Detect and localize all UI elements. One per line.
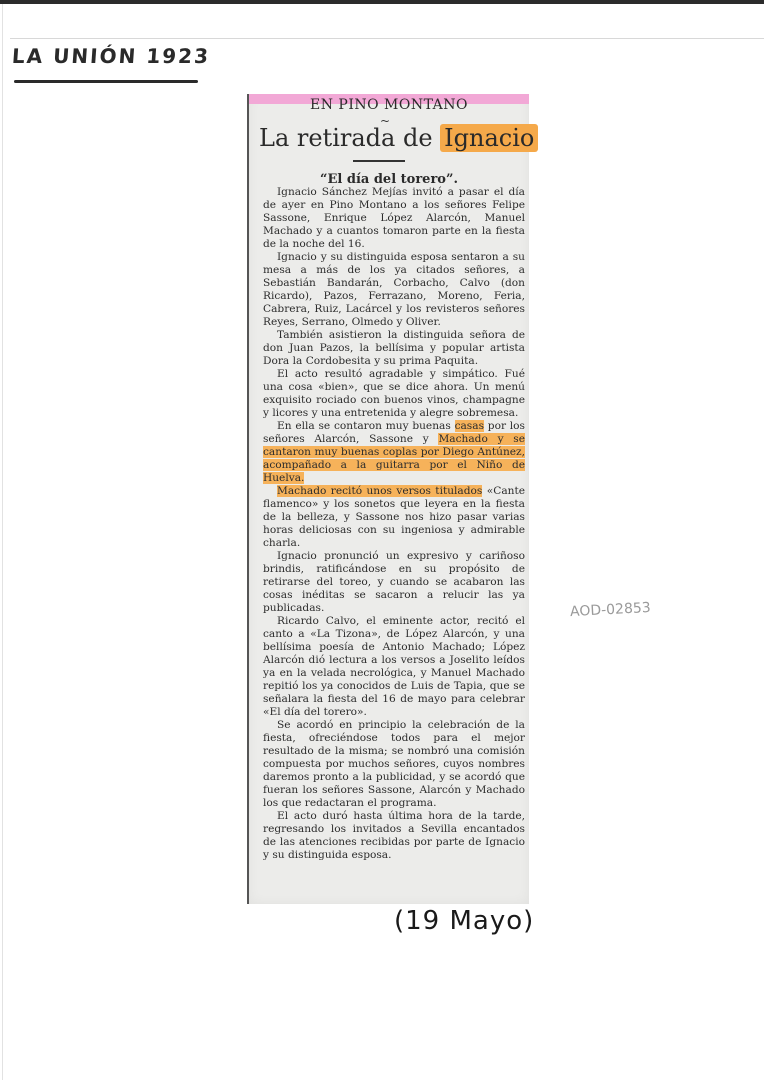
scan-top-border: [0, 0, 764, 4]
paragraph: En ella se contaron muy buenas casas por…: [263, 420, 525, 485]
paragraph: Ignacio Sánchez Mejías invitó a pasar el…: [263, 186, 525, 251]
archive-code: AOD-02853: [570, 600, 651, 620]
article-subhead: “El día del torero”.: [249, 172, 529, 187]
handwritten-underline: [14, 80, 198, 83]
highlighted-text: Machado recitó unos versos titulados: [277, 485, 482, 497]
paragraph: También asistieron la distinguida señora…: [263, 329, 525, 368]
paragraph: Se acordó en principio la celebración de…: [263, 719, 525, 810]
paragraph: El acto duró hasta última hora de la tar…: [263, 810, 525, 862]
article-kicker: EN PINO MONTANO: [249, 97, 529, 113]
text-span: En ella se contaron muy buenas: [277, 420, 455, 432]
article-body: Ignacio Sánchez Mejías invitó a pasar el…: [263, 186, 525, 862]
article-headline: La retirada de Ignacio: [259, 124, 538, 152]
handwritten-date: (19 Mayo): [394, 906, 534, 936]
highlighted-text: casas: [455, 420, 484, 432]
paragraph: Machado recitó unos versos titulados «Ca…: [263, 485, 525, 550]
headline-underline: [353, 160, 405, 162]
headline-prefix: La retirada de: [259, 124, 433, 152]
paragraph: Ricardo Calvo, el eminente actor, recitó…: [263, 615, 525, 719]
scan-left-edge: [2, 4, 3, 1080]
paragraph: Ignacio y su distinguida esposa sentaron…: [263, 251, 525, 329]
handwritten-header: LA UNIÓN 1923: [11, 44, 211, 68]
paragraph: El acto resultó agradable y simpático. F…: [263, 368, 525, 420]
newspaper-clipping: EN PINO MONTANO ~ La retirada de Ignacio…: [247, 94, 529, 904]
page-edge-line: [10, 38, 764, 39]
headline-highlight: Ignacio: [440, 124, 538, 152]
paragraph: Ignacio pronunció un expresivo y cariños…: [263, 550, 525, 615]
